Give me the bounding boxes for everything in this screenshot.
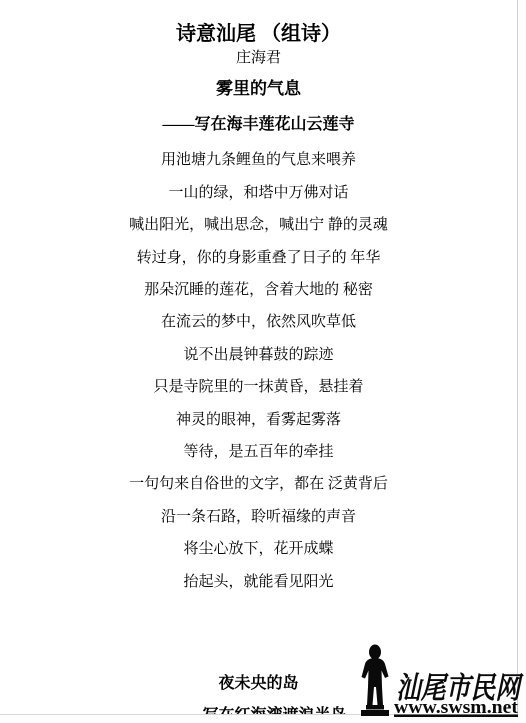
author-name: 庄海君 xyxy=(0,49,517,68)
poem1-line: 转过身，你的身影重叠了日子的 年华 xyxy=(0,249,517,268)
poem1-line: 说不出晨钟暮鼓的踪迹 xyxy=(0,346,517,365)
poem1-line: 将尘心放下，花开成蝶 xyxy=(0,540,517,559)
poem1-line: 一山的绿，和塔中万佛对话 xyxy=(0,184,517,203)
poem1-line: 只是寺院里的一抹黄昏，悬挂着 xyxy=(0,378,517,397)
site-watermark: 汕尾市民网 www.swsm.net xyxy=(356,641,526,723)
document-page: 诗意汕尾 （组诗） 庄海君 雾里的气息 ——写在海丰莲花山云莲寺 用池塘九条鲤鱼… xyxy=(0,0,518,715)
poem1-line: 一句句来自俗世的文字，都在 泛黄背后 xyxy=(0,475,517,494)
watermark-underline xyxy=(394,715,518,718)
poem1-line: 神灵的眼神，看雾起雾落 xyxy=(0,411,517,430)
poem1-line: 等待，是五百年的牵挂 xyxy=(0,443,517,462)
poem1-title: 雾里的气息 xyxy=(0,78,517,99)
poem1-dedication: ——写在海丰莲花山云莲寺 xyxy=(0,115,517,135)
poem1-line: 喊出阳光，喊出思念，喊出宁 静的灵魂 xyxy=(0,216,517,235)
person-silhouette-icon xyxy=(361,645,389,717)
poem1-line: 用池塘九条鲤鱼的气息来喂养 xyxy=(0,151,517,170)
poem1-line: 那朵沉睡的莲花，含着大地的 秘密 xyxy=(0,281,517,300)
poem1-line: 沿一条石路，聆听福缘的声音 xyxy=(0,508,517,527)
collection-title: 诗意汕尾 （组诗） xyxy=(0,22,517,47)
poem1-line: 在流云的梦中，依然风吹草低 xyxy=(0,313,517,332)
poem1-line: 抬起头，就能看见阳光 xyxy=(0,573,517,592)
